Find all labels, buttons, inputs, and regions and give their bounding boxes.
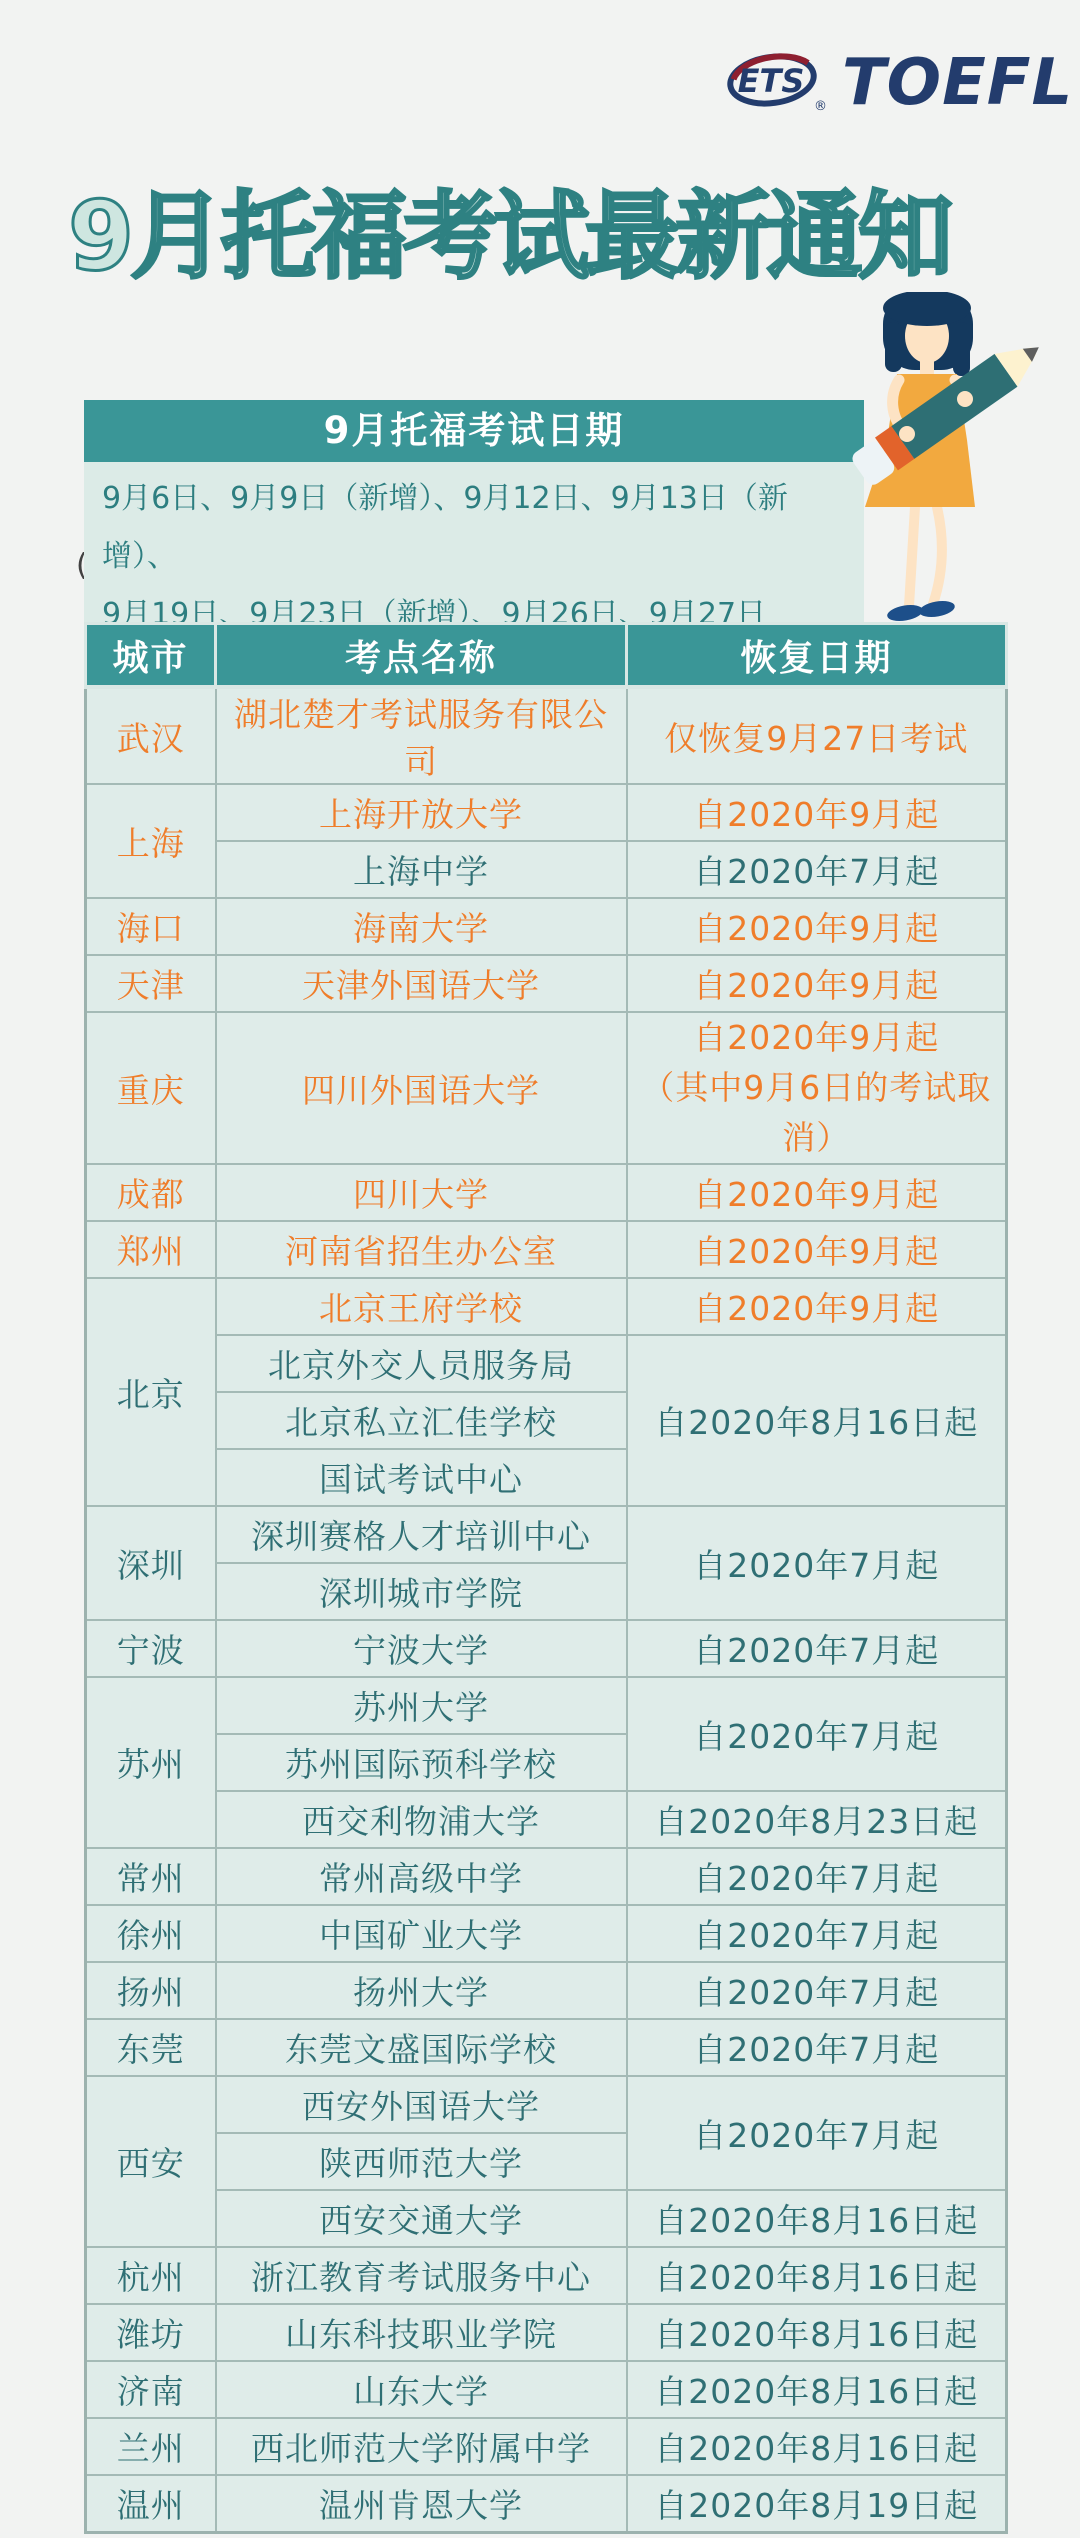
resume-date-cell: 自2020年9月起 [627, 784, 1007, 841]
resume-date-cell: 自2020年9月起 [627, 1278, 1007, 1335]
resume-date-line: 自2020年9月起 [632, 1013, 1002, 1063]
test-center-cell: 天津外国语大学 [216, 955, 627, 1012]
test-center-cell: 东莞文盛国际学校 [216, 2019, 627, 2076]
resume-date-cell: 仅恢复9月27日考试 [627, 687, 1007, 784]
resume-date-cell: 自2020年7月起 [627, 841, 1007, 898]
city-cell: 苏州 [86, 1677, 216, 1848]
ets-toefl-logo: ETS ® TOEFL ® [726, 46, 1080, 120]
city-cell: 武汉 [86, 687, 216, 784]
table-row: 苏州苏州大学自2020年7月起 [86, 1677, 1007, 1734]
test-center-cell: 北京王府学校 [216, 1278, 627, 1335]
resume-date-cell: 自2020年9月起 [627, 955, 1007, 1012]
ets-oval-icon: ETS ® [726, 46, 826, 120]
hand-shape [899, 426, 915, 442]
city-cell: 上海 [86, 784, 216, 898]
test-center-cell: 上海开放大学 [216, 784, 627, 841]
table-row: 宁波宁波大学自2020年7月起 [86, 1620, 1007, 1677]
test-center-cell: 四川外国语大学 [216, 1012, 627, 1164]
test-center-cell: 浙江教育考试服务中心 [216, 2247, 627, 2304]
table-row: 西交利物浦大学自2020年8月23日起 [86, 1791, 1007, 1848]
city-cell: 扬州 [86, 1962, 216, 2019]
svg-text:®: ® [814, 99, 826, 114]
test-center-cell: 苏州国际预科学校 [216, 1734, 627, 1791]
test-center-cell: 北京外交人员服务局 [216, 1335, 627, 1392]
table-row: 西安西安外国语大学自2020年7月起 [86, 2076, 1007, 2133]
table-row: 上海上海开放大学自2020年9月起 [86, 784, 1007, 841]
table-row: 潍坊山东科技职业学院自2020年8月16日起 [86, 2304, 1007, 2361]
notice-poster: ETS ® TOEFL ® 9月托福考试最新通知 (* 更新至 2020 年 8… [0, 0, 1080, 2538]
table-row: 成都四川大学自2020年9月起 [86, 1164, 1007, 1221]
leg-shape [909, 507, 915, 606]
city-cell: 重庆 [86, 1012, 216, 1164]
test-center-cell: 深圳赛格人才培训中心 [216, 1506, 627, 1563]
test-center-cell: 宁波大学 [216, 1620, 627, 1677]
test-center-cell: 西交利物浦大学 [216, 1791, 627, 1848]
test-center-cell: 河南省招生办公室 [216, 1221, 627, 1278]
test-center-cell: 西安交通大学 [216, 2190, 627, 2247]
table-row: 天津天津外国语大学自2020年9月起 [86, 955, 1007, 1012]
test-center-cell: 扬州大学 [216, 1962, 627, 2019]
resume-date-cell: 自2020年7月起 [627, 1848, 1007, 1905]
test-center-cell: 国试考试中心 [216, 1449, 627, 1506]
resume-date-cell: 自2020年8月16日起 [627, 1335, 1007, 1506]
city-cell: 西安 [86, 2076, 216, 2247]
test-center-cell: 中国矿业大学 [216, 1905, 627, 1962]
table-row: 武汉湖北楚才考试服务有限公司仅恢复9月27日考试 [86, 687, 1007, 784]
test-center-cell: 西北师范大学附属中学 [216, 2418, 627, 2475]
svg-text:ETS: ETS [738, 62, 805, 100]
column-header-test-center: 考点名称 [216, 624, 627, 688]
resume-table: 城市 考点名称 恢复日期 武汉湖北楚才考试服务有限公司仅恢复9月27日考试上海上… [84, 622, 1008, 2534]
city-cell: 杭州 [86, 2247, 216, 2304]
table-row: 上海中学自2020年7月起 [86, 841, 1007, 898]
resume-date-cell: 自2020年7月起 [627, 1506, 1007, 1620]
woman-with-pencil-illustration [845, 292, 1080, 624]
table-row: 兰州西北师范大学附属中学自2020年8月16日起 [86, 2418, 1007, 2475]
test-center-cell: 山东大学 [216, 2361, 627, 2418]
city-cell: 温州 [86, 2475, 216, 2533]
test-dates-box-header: 9月托福考试日期 [84, 400, 864, 462]
resume-date-cell: 自2020年7月起 [627, 1905, 1007, 1962]
resume-date-cell: 自2020年9月起 [627, 1164, 1007, 1221]
resume-date-cell: 自2020年7月起 [627, 1962, 1007, 2019]
test-center-cell: 苏州大学 [216, 1677, 627, 1734]
resume-date-cell: 自2020年7月起 [627, 2019, 1007, 2076]
resume-date-cell: 自2020年9月起 [627, 1221, 1007, 1278]
table-row: 温州温州肯恩大学自2020年8月19日起 [86, 2475, 1007, 2533]
table-row: 重庆四川外国语大学自2020年9月起（其中9月6日的考试取消） [86, 1012, 1007, 1164]
resume-date-cell: 自2020年8月23日起 [627, 1791, 1007, 1848]
test-center-cell: 温州肯恩大学 [216, 2475, 627, 2533]
page-title: 9月托福考试最新通知 [68, 190, 949, 285]
resume-date-cell: 自2020年8月19日起 [627, 2475, 1007, 2533]
resume-date-cell: 自2020年8月16日起 [627, 2247, 1007, 2304]
city-cell: 济南 [86, 2361, 216, 2418]
test-center-cell: 陕西师范大学 [216, 2133, 627, 2190]
city-cell: 深圳 [86, 1506, 216, 1620]
test-center-cell: 四川大学 [216, 1164, 627, 1221]
test-center-cell: 常州高级中学 [216, 1848, 627, 1905]
city-cell: 宁波 [86, 1620, 216, 1677]
resume-date-cell: 自2020年9月起 [627, 898, 1007, 955]
column-header-city: 城市 [86, 624, 216, 688]
test-center-cell: 山东科技职业学院 [216, 2304, 627, 2361]
table-header-row: 城市 考点名称 恢复日期 [86, 624, 1007, 688]
table-row: 郑州河南省招生办公室自2020年9月起 [86, 1221, 1007, 1278]
test-center-cell: 海南大学 [216, 898, 627, 955]
test-center-cell: 北京私立汇佳学校 [216, 1392, 627, 1449]
test-center-cell: 上海中学 [216, 841, 627, 898]
city-cell: 郑州 [86, 1221, 216, 1278]
resume-date-cell: 自2020年8月16日起 [627, 2361, 1007, 2418]
city-cell: 常州 [86, 1848, 216, 1905]
toefl-wordmark: TOEFL [842, 51, 1073, 115]
resume-date-cell: 自2020年7月起 [627, 1677, 1007, 1791]
resume-date-cell: 自2020年8月16日起 [627, 2190, 1007, 2247]
test-dates-box: 9月托福考试日期 9月6日、9月9日（新增）、9月12日、9月13日（新增）、 … [84, 400, 864, 654]
resume-date-cell: 自2020年8月16日起 [627, 2304, 1007, 2361]
table-row: 济南山东大学自2020年8月16日起 [86, 2361, 1007, 2418]
city-cell: 徐州 [86, 1905, 216, 1962]
city-cell: 天津 [86, 955, 216, 1012]
table-row: 北京北京王府学校自2020年9月起 [86, 1278, 1007, 1335]
city-cell: 成都 [86, 1164, 216, 1221]
resume-date-cell: 自2020年7月起 [627, 2076, 1007, 2190]
resume-date-cell: 自2020年8月16日起 [627, 2418, 1007, 2475]
shoe-shape [886, 602, 924, 623]
table-row: 扬州扬州大学自2020年7月起 [86, 1962, 1007, 2019]
table-row: 常州常州高级中学自2020年7月起 [86, 1848, 1007, 1905]
resume-date-line: （其中9月6日的考试取消） [632, 1063, 1002, 1163]
resume-date-cell: 自2020年9月起（其中9月6日的考试取消） [627, 1012, 1007, 1164]
column-header-resume-date: 恢复日期 [627, 624, 1007, 688]
test-dates-line: 9月6日、9月9日（新增）、9月12日、9月13日（新增）、 [102, 470, 846, 586]
test-center-cell: 西安外国语大学 [216, 2076, 627, 2133]
city-cell: 北京 [86, 1278, 216, 1506]
table-row: 杭州浙江教育考试服务中心自2020年8月16日起 [86, 2247, 1007, 2304]
table-row: 东莞东莞文盛国际学校自2020年7月起 [86, 2019, 1007, 2076]
city-cell: 潍坊 [86, 2304, 216, 2361]
resume-date-cell: 自2020年7月起 [627, 1620, 1007, 1677]
test-center-cell: 湖北楚才考试服务有限公司 [216, 687, 627, 784]
table-row: 徐州中国矿业大学自2020年7月起 [86, 1905, 1007, 1962]
test-center-cell: 深圳城市学院 [216, 1563, 627, 1620]
table-row: 深圳深圳赛格人才培训中心自2020年7月起 [86, 1506, 1007, 1563]
city-cell: 海口 [86, 898, 216, 955]
city-cell: 东莞 [86, 2019, 216, 2076]
table-row: 海口海南大学自2020年9月起 [86, 898, 1007, 955]
city-cell: 兰州 [86, 2418, 216, 2475]
table-row: 北京外交人员服务局自2020年8月16日起 [86, 1335, 1007, 1392]
table-row: 西安交通大学自2020年8月16日起 [86, 2190, 1007, 2247]
